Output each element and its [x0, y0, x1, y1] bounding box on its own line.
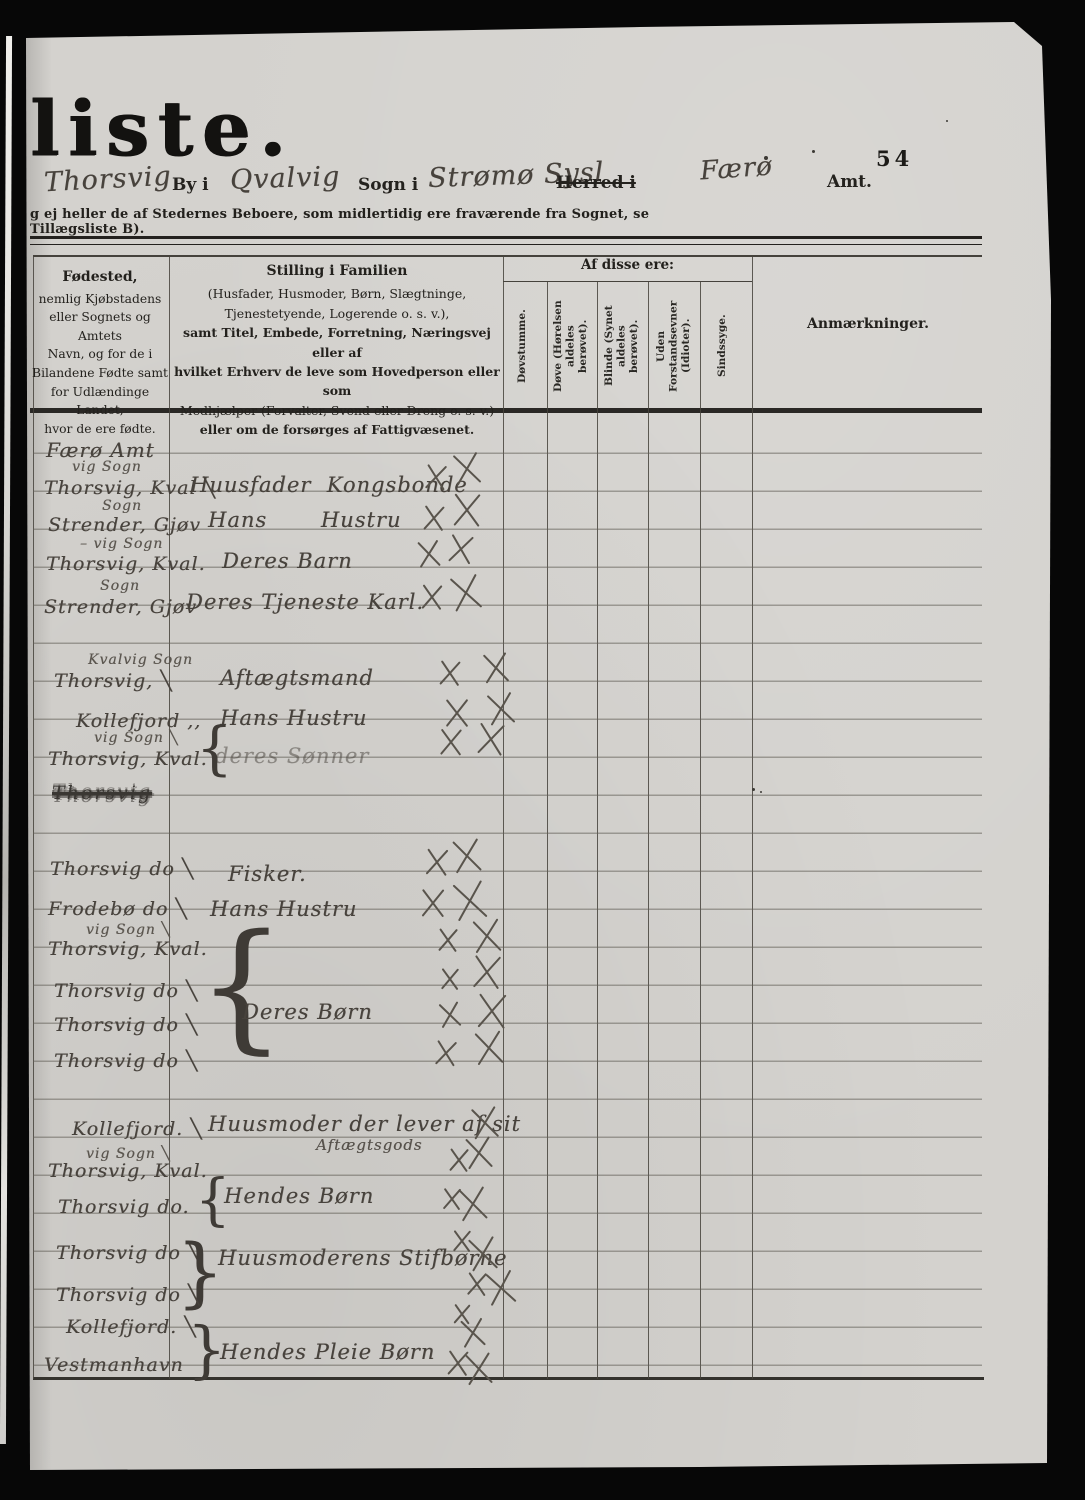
tally-x-mark [481, 649, 509, 687]
tally-x-mark [451, 489, 483, 531]
occupation-entry: deres Sønner [215, 744, 369, 768]
occupation-entry: Hendes Pleie Børn [220, 1340, 435, 1364]
tally-x-mark [473, 718, 505, 759]
page-edge-sliver [0, 36, 12, 1444]
tally-x-mark [436, 657, 461, 689]
place-superscript: Sogn [102, 498, 142, 514]
place-name: Thorsvig [52, 782, 152, 804]
tally-x-mark [474, 989, 508, 1033]
tally-x-mark [456, 1183, 488, 1225]
occupation-entry: Aftægtsmand [220, 666, 374, 690]
paper-sheet: liste. 54 Thorsvig By i Qvalvig Sogn i S… [0, 0, 1085, 1500]
tally-x-mark [422, 461, 448, 494]
occupation-entry: Deres Børn [242, 1000, 373, 1024]
occupation-entry: Hans Hustru [208, 508, 401, 532]
occupation-entry: Deres Tjeneste Karl. [186, 590, 424, 614]
place-name: Thorsvig do ╲ [54, 1014, 198, 1036]
tally-x-mark [419, 581, 443, 613]
tally-x-mark [420, 502, 445, 534]
tally-x-mark [463, 1133, 493, 1173]
brace-mark: { [196, 722, 233, 774]
place-name: Thorsvig do ╲ [50, 858, 194, 880]
brace-mark: { [195, 1176, 231, 1226]
occupation-entry: Fisker. [228, 862, 307, 886]
tally-x-mark [463, 1349, 493, 1389]
tally-x-mark [470, 951, 503, 994]
place-name: Thorsvig, Kval. [46, 553, 206, 575]
tally-x-mark [445, 530, 475, 568]
place-name: Thorsvig do ╲ [54, 1050, 198, 1072]
brace-mark: { [197, 924, 286, 1050]
place-name: Thorsvig, Kval. [48, 748, 208, 770]
place-name: Thorsvig do ╲ [56, 1284, 200, 1306]
place-name: Strender, Gjøv [48, 514, 201, 536]
occupation-entry: Hans Hustru [220, 706, 367, 730]
ink-speck [760, 791, 762, 793]
place-superscript: Sogn [100, 578, 140, 594]
place-name: Thorsvig, Kval. [48, 938, 208, 960]
place-superscript: vig Sogn ╲ [86, 922, 171, 938]
tally-x-mark [415, 537, 440, 571]
place-name: Kollefjord. ╲ [66, 1316, 197, 1338]
place-superscript: Kvalvig Sogn [88, 652, 193, 668]
place-name: Vestmanhavn [44, 1354, 184, 1376]
ink-speck [946, 120, 948, 122]
place-name: Thorsvig, ╲ [54, 670, 173, 692]
tally-x-mark [458, 1315, 486, 1351]
handwritten-entries-layer: Færø Amtvig SognThorsvig, Kval ╲Huusfade… [0, 0, 1085, 1500]
place-superscript: – vig Sogn [80, 536, 163, 552]
tally-x-mark [437, 725, 462, 759]
tally-x-mark [473, 1027, 505, 1069]
ink-speck [764, 156, 768, 160]
place-name: Kollefjord. ╲ [72, 1118, 203, 1140]
ink-speck [812, 150, 815, 153]
place-name: Thorsvig do. [58, 1196, 190, 1218]
tally-x-mark [419, 885, 445, 920]
place-name: Kollefjord ,, [76, 710, 201, 732]
occupation-entry-insert: Aftægtsgods [316, 1136, 423, 1154]
occupation-entry: Hendes Børn [224, 1184, 374, 1208]
tally-x-mark [436, 925, 459, 955]
place-name: Frodebø do ╲ [48, 898, 188, 920]
tally-x-mark [432, 1037, 458, 1070]
tally-x-mark [450, 835, 482, 877]
place-superscript: vig Sogn ╲ [94, 730, 179, 746]
tally-x-mark [483, 1266, 517, 1310]
tally-x-mark [450, 449, 481, 490]
tally-x-mark [447, 570, 483, 616]
place-superscript: vig Sogn [72, 459, 142, 475]
place-name: Thorsvig, Kval. [48, 1160, 208, 1182]
tally-x-mark [439, 965, 459, 992]
place-name: Thorsvig do ╲ [54, 980, 198, 1002]
scanned-census-page: liste. 54 Thorsvig By i Qvalvig Sogn i S… [0, 0, 1085, 1500]
occupation-entry: Deres Barn [222, 549, 353, 573]
tally-x-mark [422, 845, 448, 879]
place-name: Strender, Gjøv [44, 596, 197, 618]
ink-speck [752, 788, 755, 791]
tally-x-mark [436, 999, 461, 1031]
